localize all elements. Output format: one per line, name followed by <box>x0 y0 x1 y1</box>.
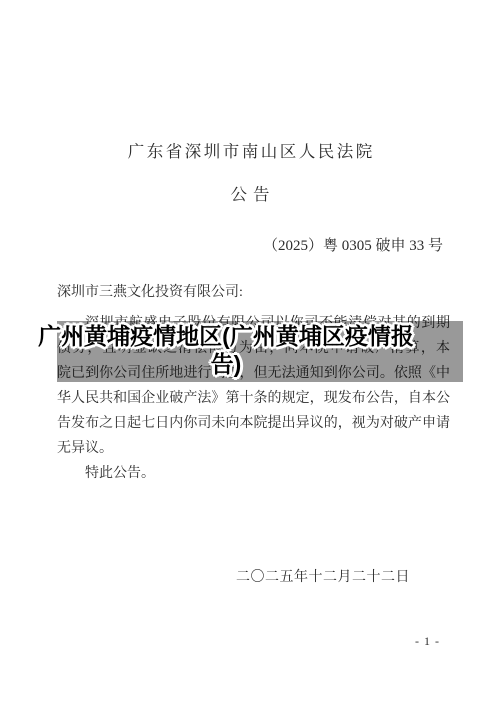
court-notice-page: 广东省深圳市南山区人民法院 公告 （2025）粤 0305 破申 33 号 深圳… <box>0 0 500 706</box>
court-name-heading: 广东省深圳市南山区人民法院 <box>0 138 500 162</box>
page-number: - 1 - <box>415 634 440 649</box>
notice-date: 二〇二五年十二月二十二日 <box>236 566 410 586</box>
body-line: 华人民共和国企业破产法》第十条的规定，现发布公告，自本公 <box>57 386 450 411</box>
case-number: （2025）粤 0305 破申 33 号 <box>263 234 443 255</box>
notice-title: 公告 <box>0 181 500 205</box>
closing-line: 特此公告。 <box>57 461 450 486</box>
recipient-line: 深圳市三燕文化投资有限公司: <box>57 281 243 301</box>
body-line: 无异议。 <box>57 436 450 461</box>
body-line: 告发布之日起七日内你司未向本院提出异议的，视为对破产申请 <box>57 411 450 436</box>
watermark-overlay-text: 广州黄埔疫情地区(广州黄埔区疫情报告) <box>26 322 426 378</box>
